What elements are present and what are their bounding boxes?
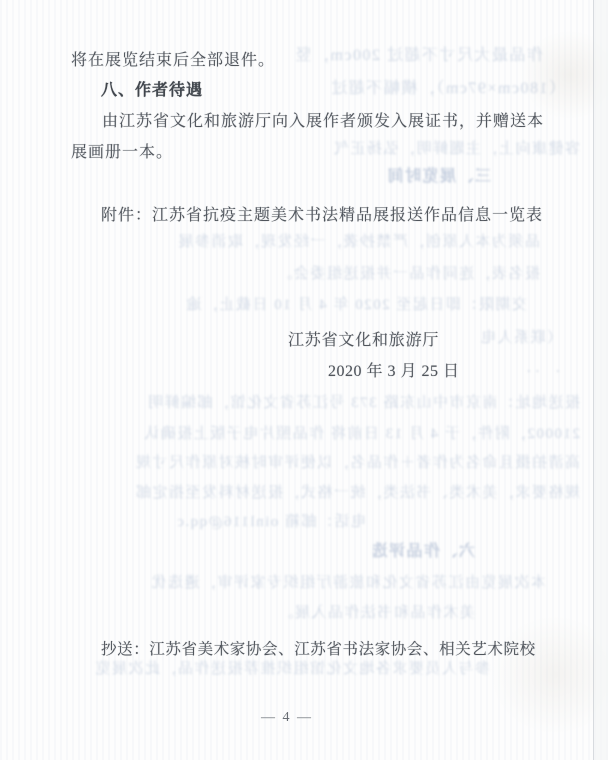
bleed-line: 规格要求，美术类、书法类，统一格式，报送材料发至指定邮	[78, 484, 580, 502]
bleed-line: 美术作品和书法作品入展。	[273, 604, 475, 622]
bleed-line: 品须为本人原创，严禁抄袭，一经发现，取消参展	[73, 233, 540, 251]
section-heading-author-treatment: 八、作者待遇	[101, 77, 203, 100]
paragraph-certificate-line2: 展画册一本。	[71, 139, 173, 162]
scanned-document-page: 作品最大尺寸不超过 200cm，竖幅（180cm×97cm），横幅不超过容健康向…	[0, 0, 608, 760]
cc-note: 抄送：江苏省美术家协会、江苏省书法家协会、相关艺术院校	[101, 637, 536, 659]
page-number: — 4 —	[261, 710, 313, 726]
bleed-line: 六、作品评选	[373, 542, 475, 561]
issuer-signature: 江苏省文化和旅游厅	[288, 327, 439, 350]
bleed-line: 报送地址：南京市中山东路 373 号江苏省文化馆，邮编鲜明	[72, 394, 580, 412]
bleed-line: （联系人电	[462, 329, 562, 347]
bleed-line: 报名表，连同作品一并报送组委会。	[187, 265, 540, 283]
bleed-line: 三、展览时间	[383, 167, 491, 186]
bleed-line: （180cm×97cm），横幅不超过	[293, 79, 565, 98]
bleed-line: 交期限：即日起至 2020 年 4 月 10 日截止，逾	[87, 296, 527, 314]
body-line-return-works: 将在展览结束后全部退件。	[71, 47, 275, 70]
scan-right-margin	[594, 0, 608, 760]
bleed-line: 本次展览由江苏省文化和旅游厅组织专家评审，遴选优	[70, 574, 546, 592]
bleed-line: 参与人员要求各地文化馆组织推荐报送作品，此次展览	[70, 660, 490, 678]
issue-date: 2020 年 3 月 25 日	[328, 358, 460, 381]
attachment-note: 附件：江苏省抗疫主题美术书法精品展报送作品信息一览表	[101, 202, 543, 225]
bleed-line: 容健康向上，主题鲜明，弘扬正气	[307, 140, 580, 158]
scan-right-edge-line	[593, 0, 594, 760]
bleed-line: 210002，附件，于 4 月 13 日前将 作品照片电子版上报确认	[78, 425, 580, 443]
bleed-line: 高清拍摄且命名为作者＋作品名，以便评审时核对原作尺寸规	[72, 454, 580, 472]
bleed-line: 作品最大尺寸不超过 200cm，竖幅	[293, 46, 543, 65]
bleed-line: ． ．．	[468, 361, 560, 378]
paragraph-certificate-line1: 由江苏省文化和旅游厅向入展作者颁发入展证书，并赠送本	[102, 108, 544, 131]
bleed-line: 电话：邮箱 oinl116@qq.com。	[178, 513, 366, 531]
scan-stain-bottom-right	[490, 615, 608, 735]
